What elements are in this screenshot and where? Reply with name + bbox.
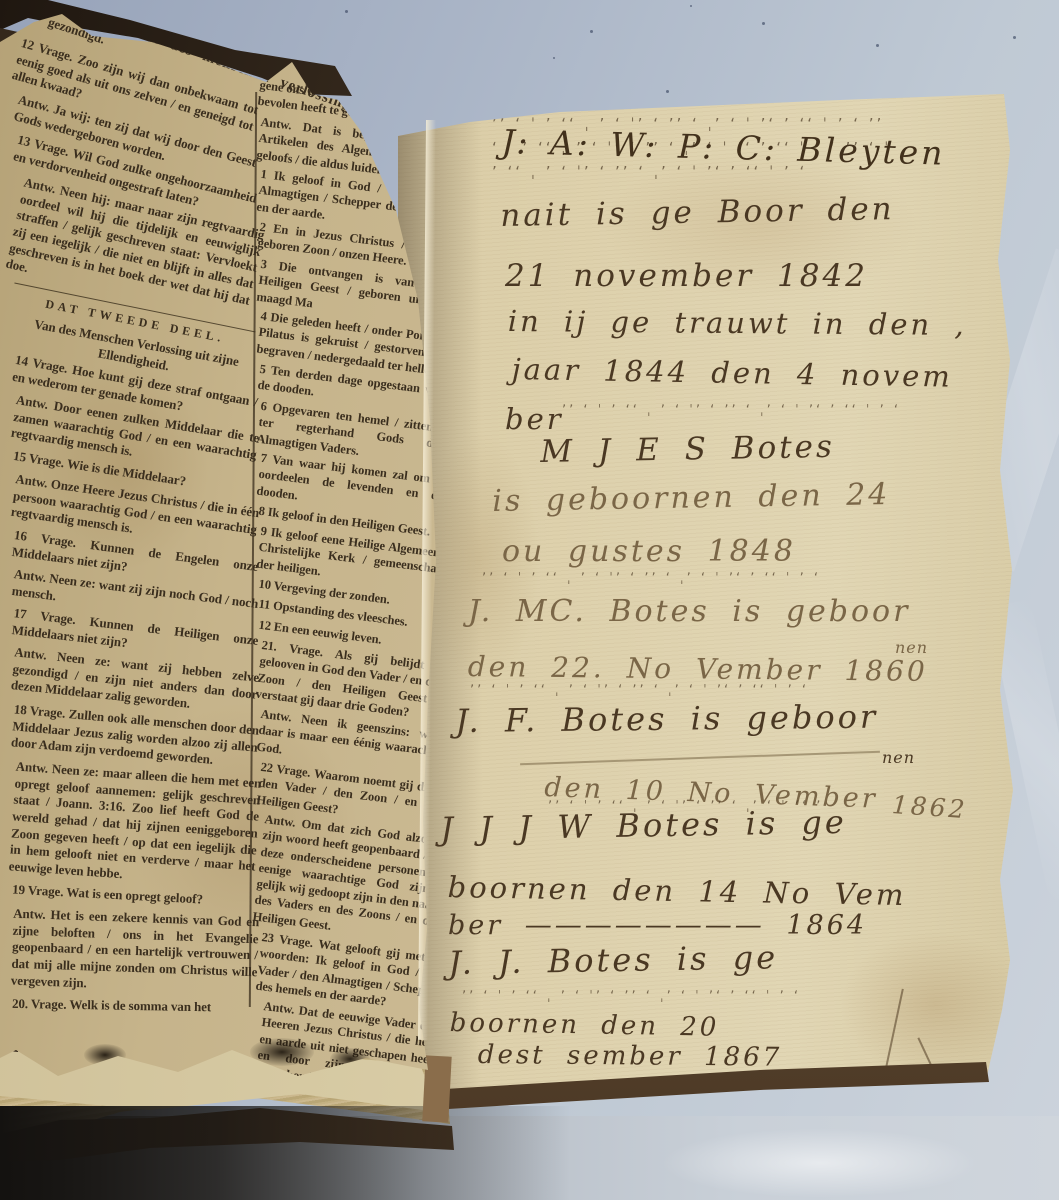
surface-highlight [660,1128,980,1198]
pencil-guide-line [520,751,880,766]
handwritten-entry: boornen den 14 No Vem [447,870,906,912]
dust-speck [590,30,593,33]
handwritten-entry: ou gustes 1848 [502,534,796,569]
ink-flourish-row: ʼʼ ʻ ˈ ʼ ʻʻ ˌ ʼ ʻ ˈʼ ʻ ʼʼ ʻ ˌʼ ʻ ˈ ʼʻ ʼ … [462,990,862,1006]
printed-paragraph: Antw. Het is een zekere kennis van God e… [11,906,260,998]
handwritten-entry: boornen den 20 [449,1008,719,1043]
handwritten-entry: in ij ge trauwt in den , [508,304,967,342]
dust-speck [345,10,348,13]
handwritten-entry: J. J. Botes is ge [448,938,778,982]
handwritten-entry: nait is ge Boor den [500,191,895,234]
ink-flourish-row: ʼʼ ʻ ˈ ʼ ʻʻ ˌ ʼ ʻ ˈʼ ʻ ʼʼ ʻ ˌʼ ʻ ˈ ʼʻ ʼ … [482,572,882,588]
dust-speck [1013,36,1016,39]
book-shadow [0,1106,620,1200]
handwritten-entry: ber [505,402,564,436]
dust-speck [666,90,669,93]
handwritten-entry: den 22. No Vember 1860 [468,650,928,688]
handwritten-entry: jaar 1844 den 4 novem [511,352,953,394]
handwritten-superscript: nen [882,748,915,767]
paper-stain [840,930,1030,1080]
printed-paragraph: 20. Vrage. Welk is de somma van het [12,996,258,1017]
handwritten-entry: is geboornen den 24 [492,477,891,519]
dust-speck [553,57,555,59]
printed-column-left: vader; en wij hebben allen in hem gezond… [12,30,258,1020]
handwritten-entry: ber ———————— 1864 [448,910,867,941]
printed-paragraph: Antw. Neen ze: maar alleen die hem met e… [8,759,262,892]
handwritten-entry: 21 november 1842 [505,258,868,294]
dust-speck [690,5,692,7]
handwritten-entry: dest sember 1867 [478,1040,783,1073]
handwritten-entry: M J E S Botes [540,429,835,470]
dust-speck [762,22,765,25]
handwritten-entry: J J J W Botes is ge [440,803,847,848]
handwritten-entry: J. F. Botes is geboor [455,698,878,740]
handwritten-entry: J. MC. Botes is geboor [468,594,910,629]
dust-speck [876,44,879,47]
handwritten-year: 1862 [891,790,968,824]
book-photograph: ʼʼ ʻ ˈ ʼ ʻʻ ˌ ʼ ʻ ˈʼ ʻ ʼʼ ʻ ˌʼ ʻ ˈ ʼʻ ʼ … [0,0,1059,1200]
ink-flourish-row: ʼʼ ʻ ˈ ʼ ʻʻ ˌ ʼ ʻ ˈʼ ʻ ʼʼ ʻ ˌʼ ʻ ˈ ʼʻ ʼ … [562,404,902,420]
